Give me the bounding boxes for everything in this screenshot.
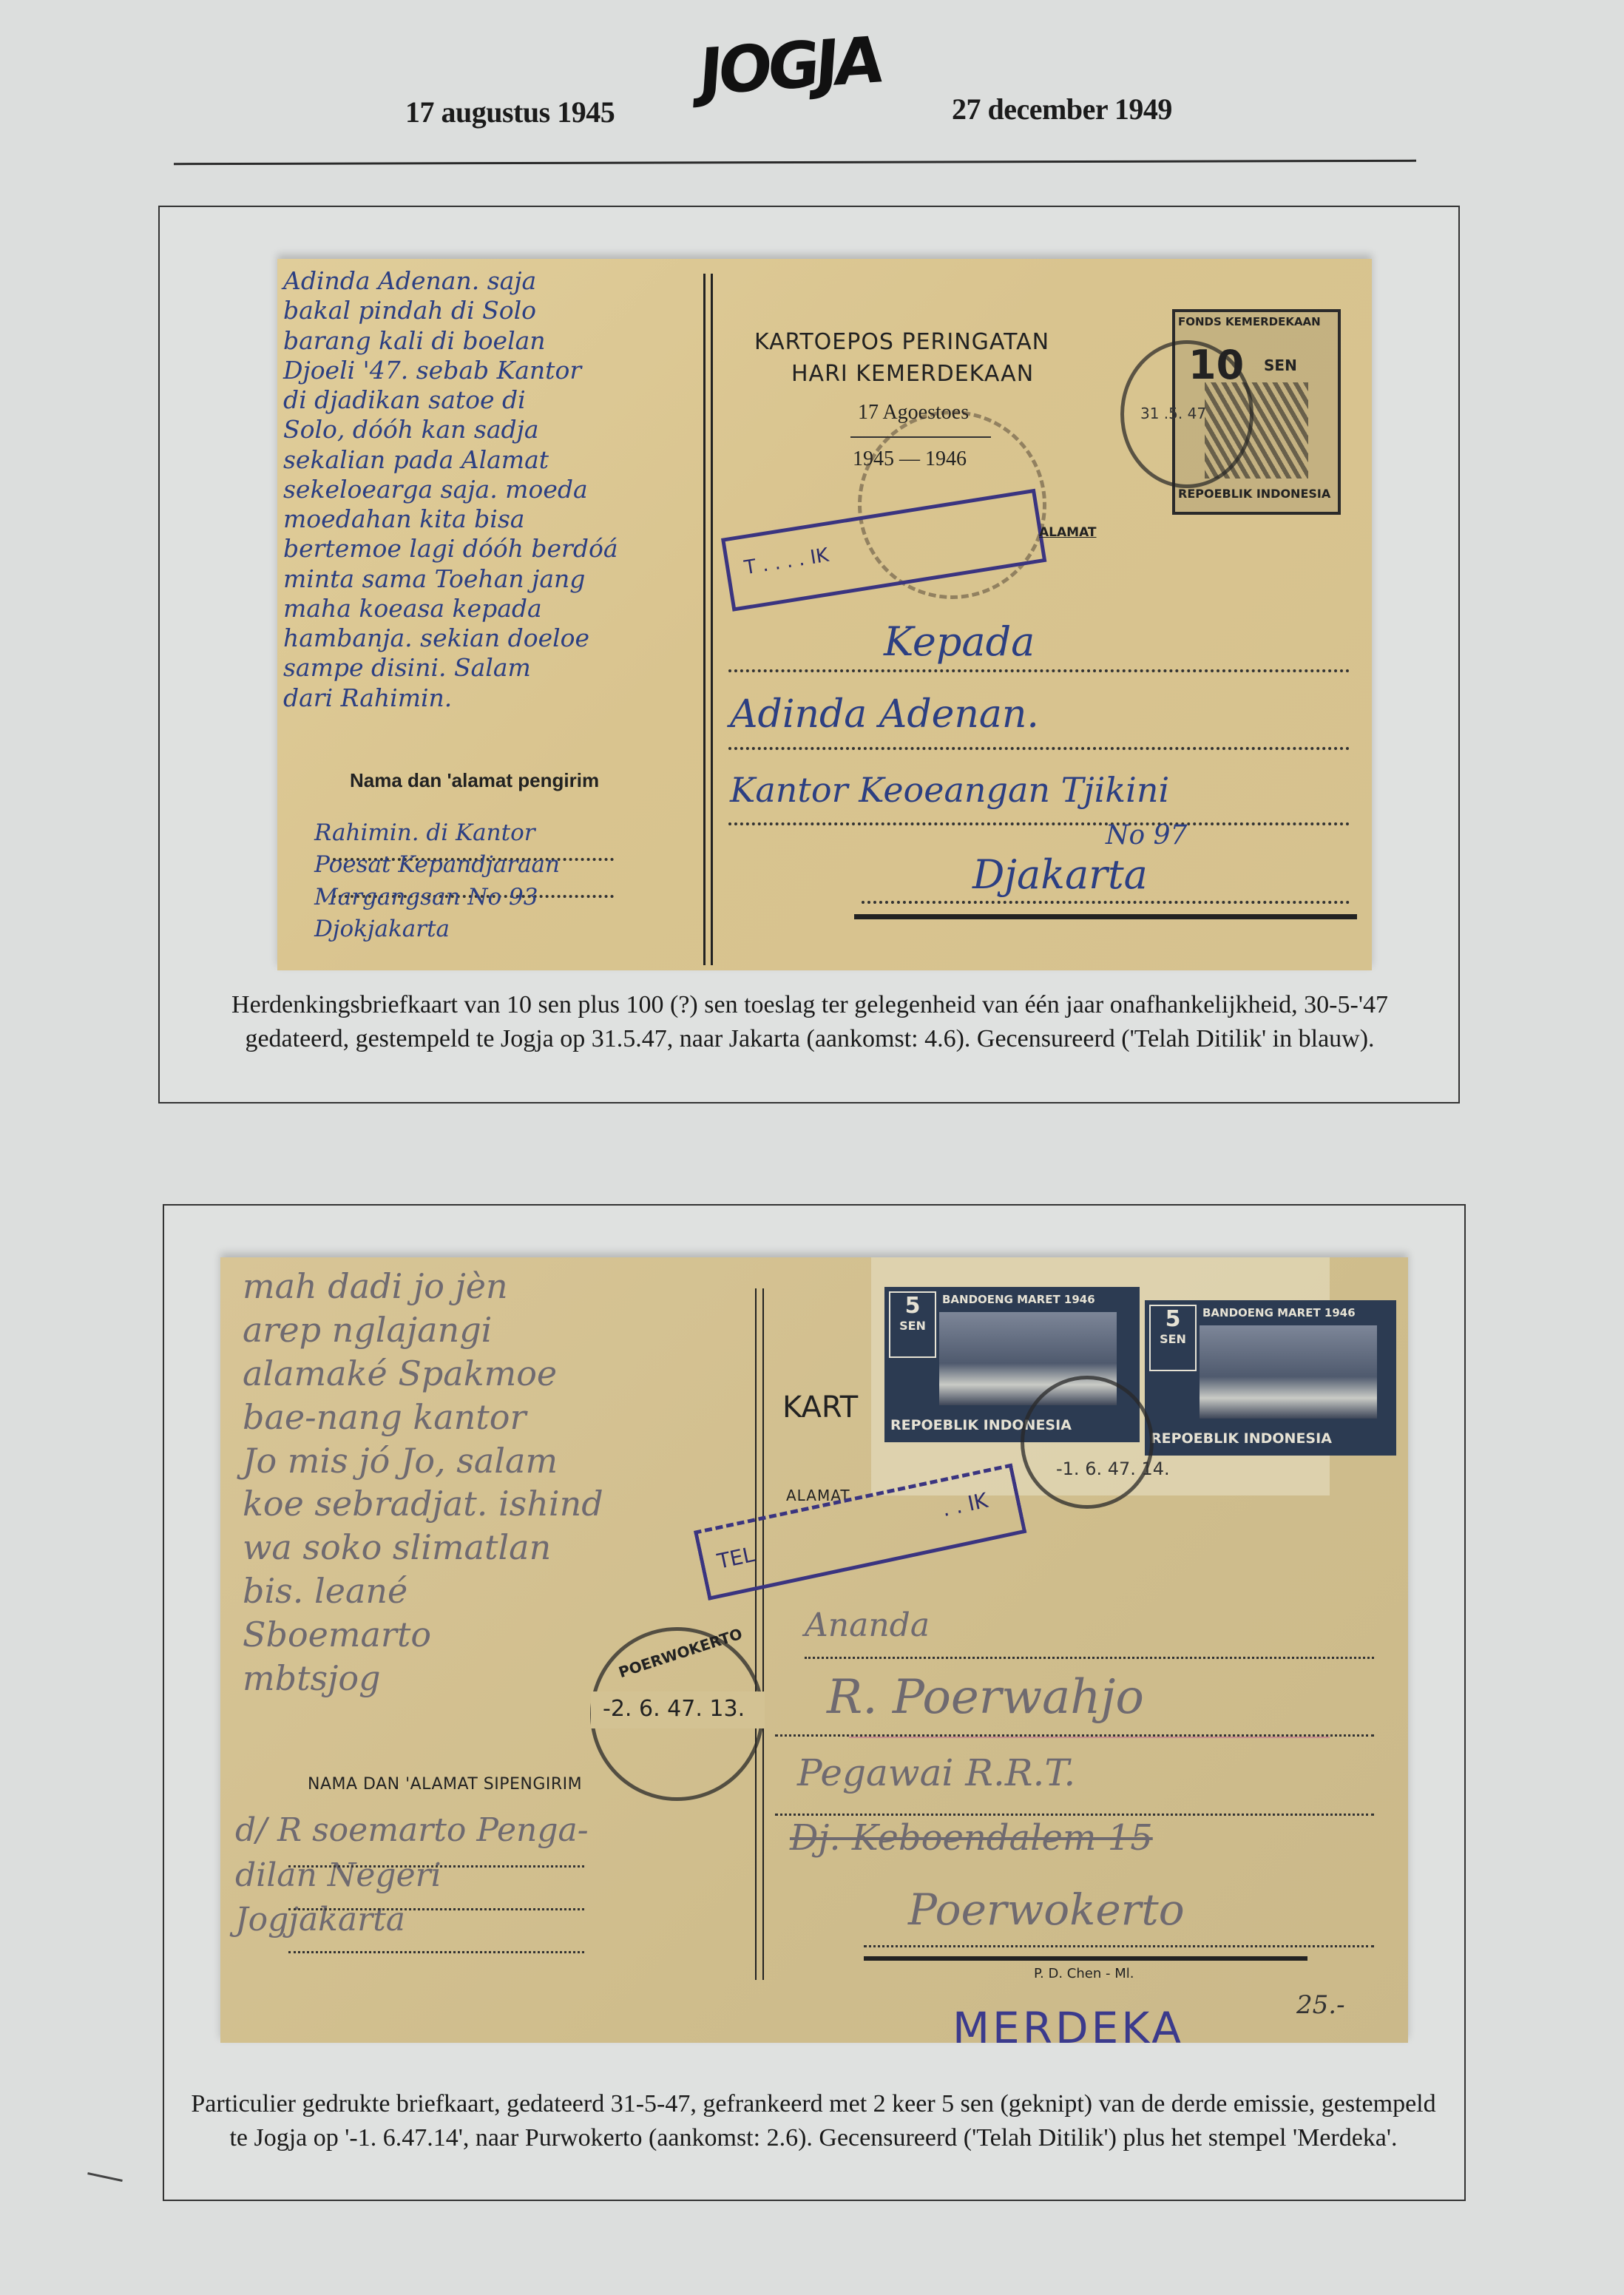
card-title-line1: KARTOEPOS PERINGATAN [754, 329, 1049, 355]
margin-mark [87, 2172, 123, 2182]
stamp-vignette [1200, 1325, 1377, 1419]
card-divider [755, 1288, 757, 1980]
address-bottom-rule [854, 914, 1357, 919]
address-line: Kepada [884, 618, 1035, 666]
address-line: Kantor Keoeangan Tjikini [730, 769, 1169, 811]
message-text: Adinda Adenan. saja bakal pindah di Solo… [283, 266, 618, 713]
red-pencil-underline [849, 1737, 1330, 1738]
sender-address: d/ R soemarto Penga- dilan Negeri Jogjak… [235, 1808, 589, 1943]
stamp-top-text: BANDOENG MARET 1946 [942, 1293, 1095, 1306]
postmark-date: 31 .5. 47 [1140, 405, 1206, 422]
caption-1: Herdenkingsbriefkaart van 10 sen plus 10… [185, 988, 1435, 1056]
pencil-note: 25.- [1296, 1990, 1345, 2022]
postage-stamp: 5 SEN BANDOENG MARET 1946 REPOEBLIK INDO… [1145, 1300, 1396, 1456]
address-dotted-line [805, 1657, 1374, 1659]
postmark-arrival: POERWOKERTO -2. 6. 47. 13. [590, 1627, 764, 1801]
stamp-top-text: BANDOENG MARET 1946 [1202, 1306, 1356, 1319]
card-divider [703, 274, 706, 965]
stamp-value: 5 [1151, 1306, 1195, 1332]
alamat-label: ALAMAT [1039, 525, 1097, 540]
postmark-origin: 31 .5. 47 [1120, 340, 1253, 488]
printer-imprint: P. D. Chen - Ml. [1034, 1966, 1134, 1981]
postmark-arrival-date: -2. 6. 47. 13. [603, 1696, 745, 1722]
address-line: Pegawai R.R.T. [797, 1749, 1075, 1797]
stamp-value: 5 [890, 1293, 935, 1319]
address-line: R. Poerwahjo [827, 1668, 1144, 1728]
address-dotted-line [775, 1814, 1374, 1816]
stamp-bottom-text: REPOEBLIK INDONESIA [1151, 1430, 1332, 1447]
address-line: Poerwokerto [908, 1882, 1185, 1937]
merdeka-stamp: MERDEKA [953, 2003, 1184, 2053]
address-line: No 97 [1106, 819, 1187, 852]
card-divider [711, 274, 713, 965]
stamp-unit: SEN [1151, 1332, 1195, 1346]
sender-label: Nama dan 'alamat pengirim [350, 769, 599, 792]
stamp-bottom-text: REPOEBLIK INDONESIA [1178, 487, 1330, 501]
stamp-unit: SEN [890, 1319, 935, 1333]
stamp-top-text: FONDS KEMERDEKAAN [1178, 315, 1321, 328]
address-line: Djakarta [972, 851, 1148, 899]
sender-address: Rahimin. di Kantor Poesat Kepandjaraan M… [314, 817, 560, 946]
postmark-town: POERWOKERTO [617, 1625, 745, 1682]
card-title-line2: HARI KEMERDEKAAN [791, 361, 1034, 387]
censor-text-left: TEL [715, 1542, 757, 1574]
postcard-2: mah dadi jo jèn arep nglajangi alamaké S… [220, 1257, 1408, 2043]
header-date-right: 27 december 1949 [952, 92, 1172, 126]
caption-2: Particulier gedrukte briefkaart, gedatee… [181, 2087, 1446, 2155]
address-line: Adinda Adenan. [730, 692, 1039, 738]
sender-dotted-line [288, 1951, 584, 1953]
postmark-origin-date: -1. 6. 47. 14. [1056, 1459, 1170, 1479]
sender-dotted-line [288, 1865, 584, 1868]
address-dotted-line [862, 901, 1350, 904]
censor-text: T . . . . IK [742, 544, 830, 580]
address-line: Dj. Keboendalem 15 [790, 1816, 1153, 1861]
address-dotted-line [728, 669, 1350, 672]
address-dotted-line [728, 822, 1350, 825]
postmark-origin [1021, 1376, 1154, 1509]
address-bottom-rule [864, 1956, 1307, 1961]
address-line: Ananda [805, 1605, 930, 1646]
postcard-1: Adinda Adenan. saja bakal pindah di Solo… [277, 259, 1372, 970]
header-divider [174, 160, 1416, 165]
kart-label: KART [782, 1390, 858, 1424]
card-divider [762, 1288, 764, 1980]
censor-stamp: TEL . . IK [694, 1464, 1026, 1601]
message-text: mah dadi jo jèn arep nglajangi alamaké S… [243, 1265, 603, 1700]
stamp-unit: SEN [1264, 356, 1297, 374]
sender-label: NAMA DAN 'ALAMAT SIPENGIRIM [308, 1775, 582, 1794]
header-date-left: 17 augustus 1945 [405, 95, 615, 129]
address-dotted-line [864, 1945, 1374, 1947]
sender-dotted-line [288, 1908, 584, 1910]
censor-text-right: . . IK [940, 1488, 990, 1521]
address-dotted-line [728, 747, 1350, 750]
jogja-logo: JOGJA [697, 23, 882, 110]
